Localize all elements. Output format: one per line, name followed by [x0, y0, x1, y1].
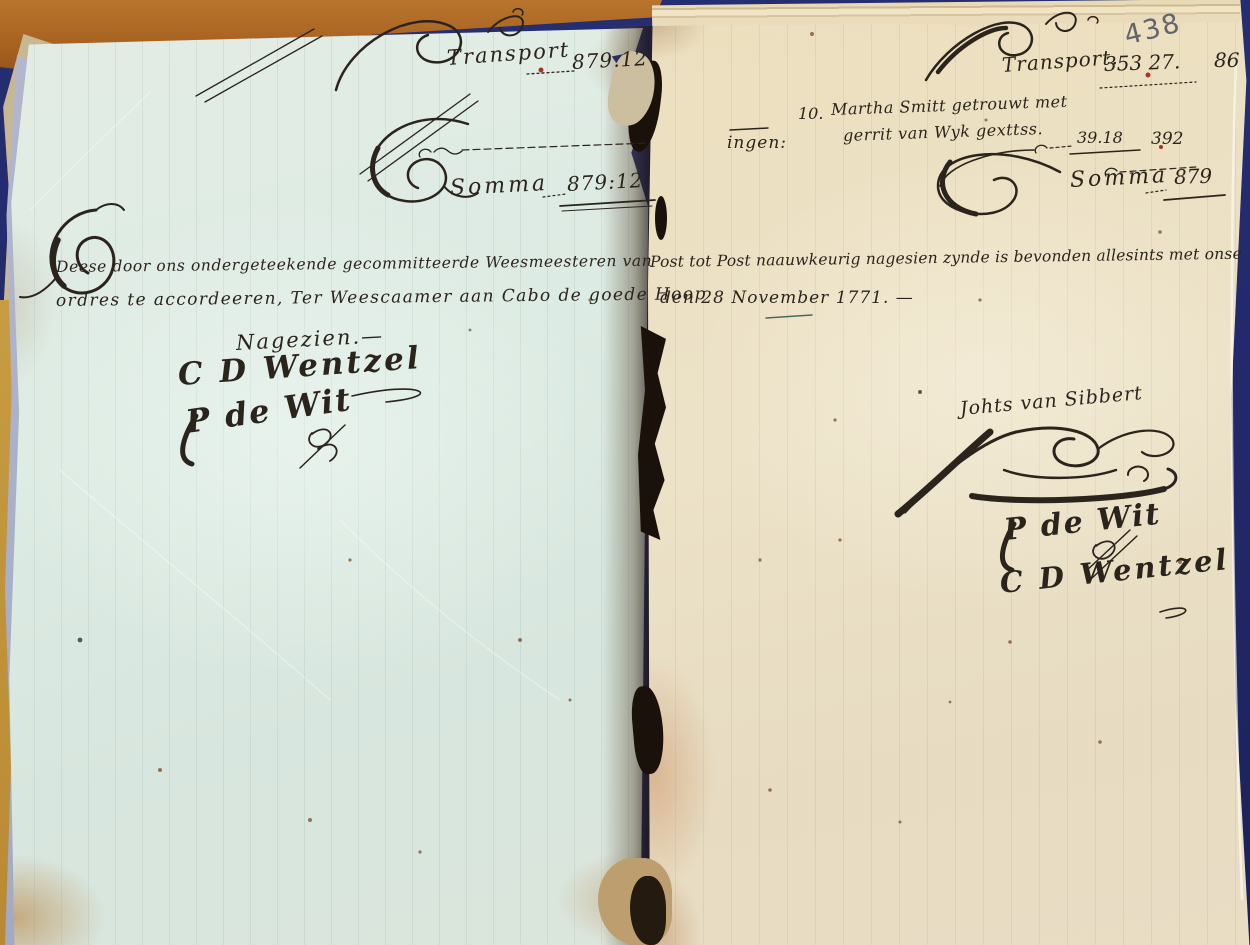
right-somma-label: Somma	[1069, 163, 1168, 193]
right-transport-amount-2: 86	[1214, 48, 1239, 72]
left-transport-amount: 879.12	[571, 46, 648, 74]
manuscript-photo: 438 Transport 879.12 Somma 879:12 Deese …	[0, 0, 1250, 945]
left-page	[8, 28, 660, 945]
entry-amount-1: 39.18	[1077, 128, 1123, 147]
entry-amount-2: 392	[1151, 129, 1183, 149]
right-transport-amount: 353 27.	[1104, 49, 1181, 76]
torn-gap	[655, 196, 667, 240]
right-somma-amount: 879	[1174, 164, 1213, 189]
left-somma-label: Somma	[449, 171, 548, 201]
left-somma-amount: 879:12	[566, 168, 644, 196]
entry-margin-note: ingen:	[727, 133, 787, 153]
attestation-line2-right: den 28 November 1771. —	[660, 288, 914, 308]
gutter-hole-bottom	[630, 876, 666, 945]
entry-number: 10.	[798, 104, 823, 123]
